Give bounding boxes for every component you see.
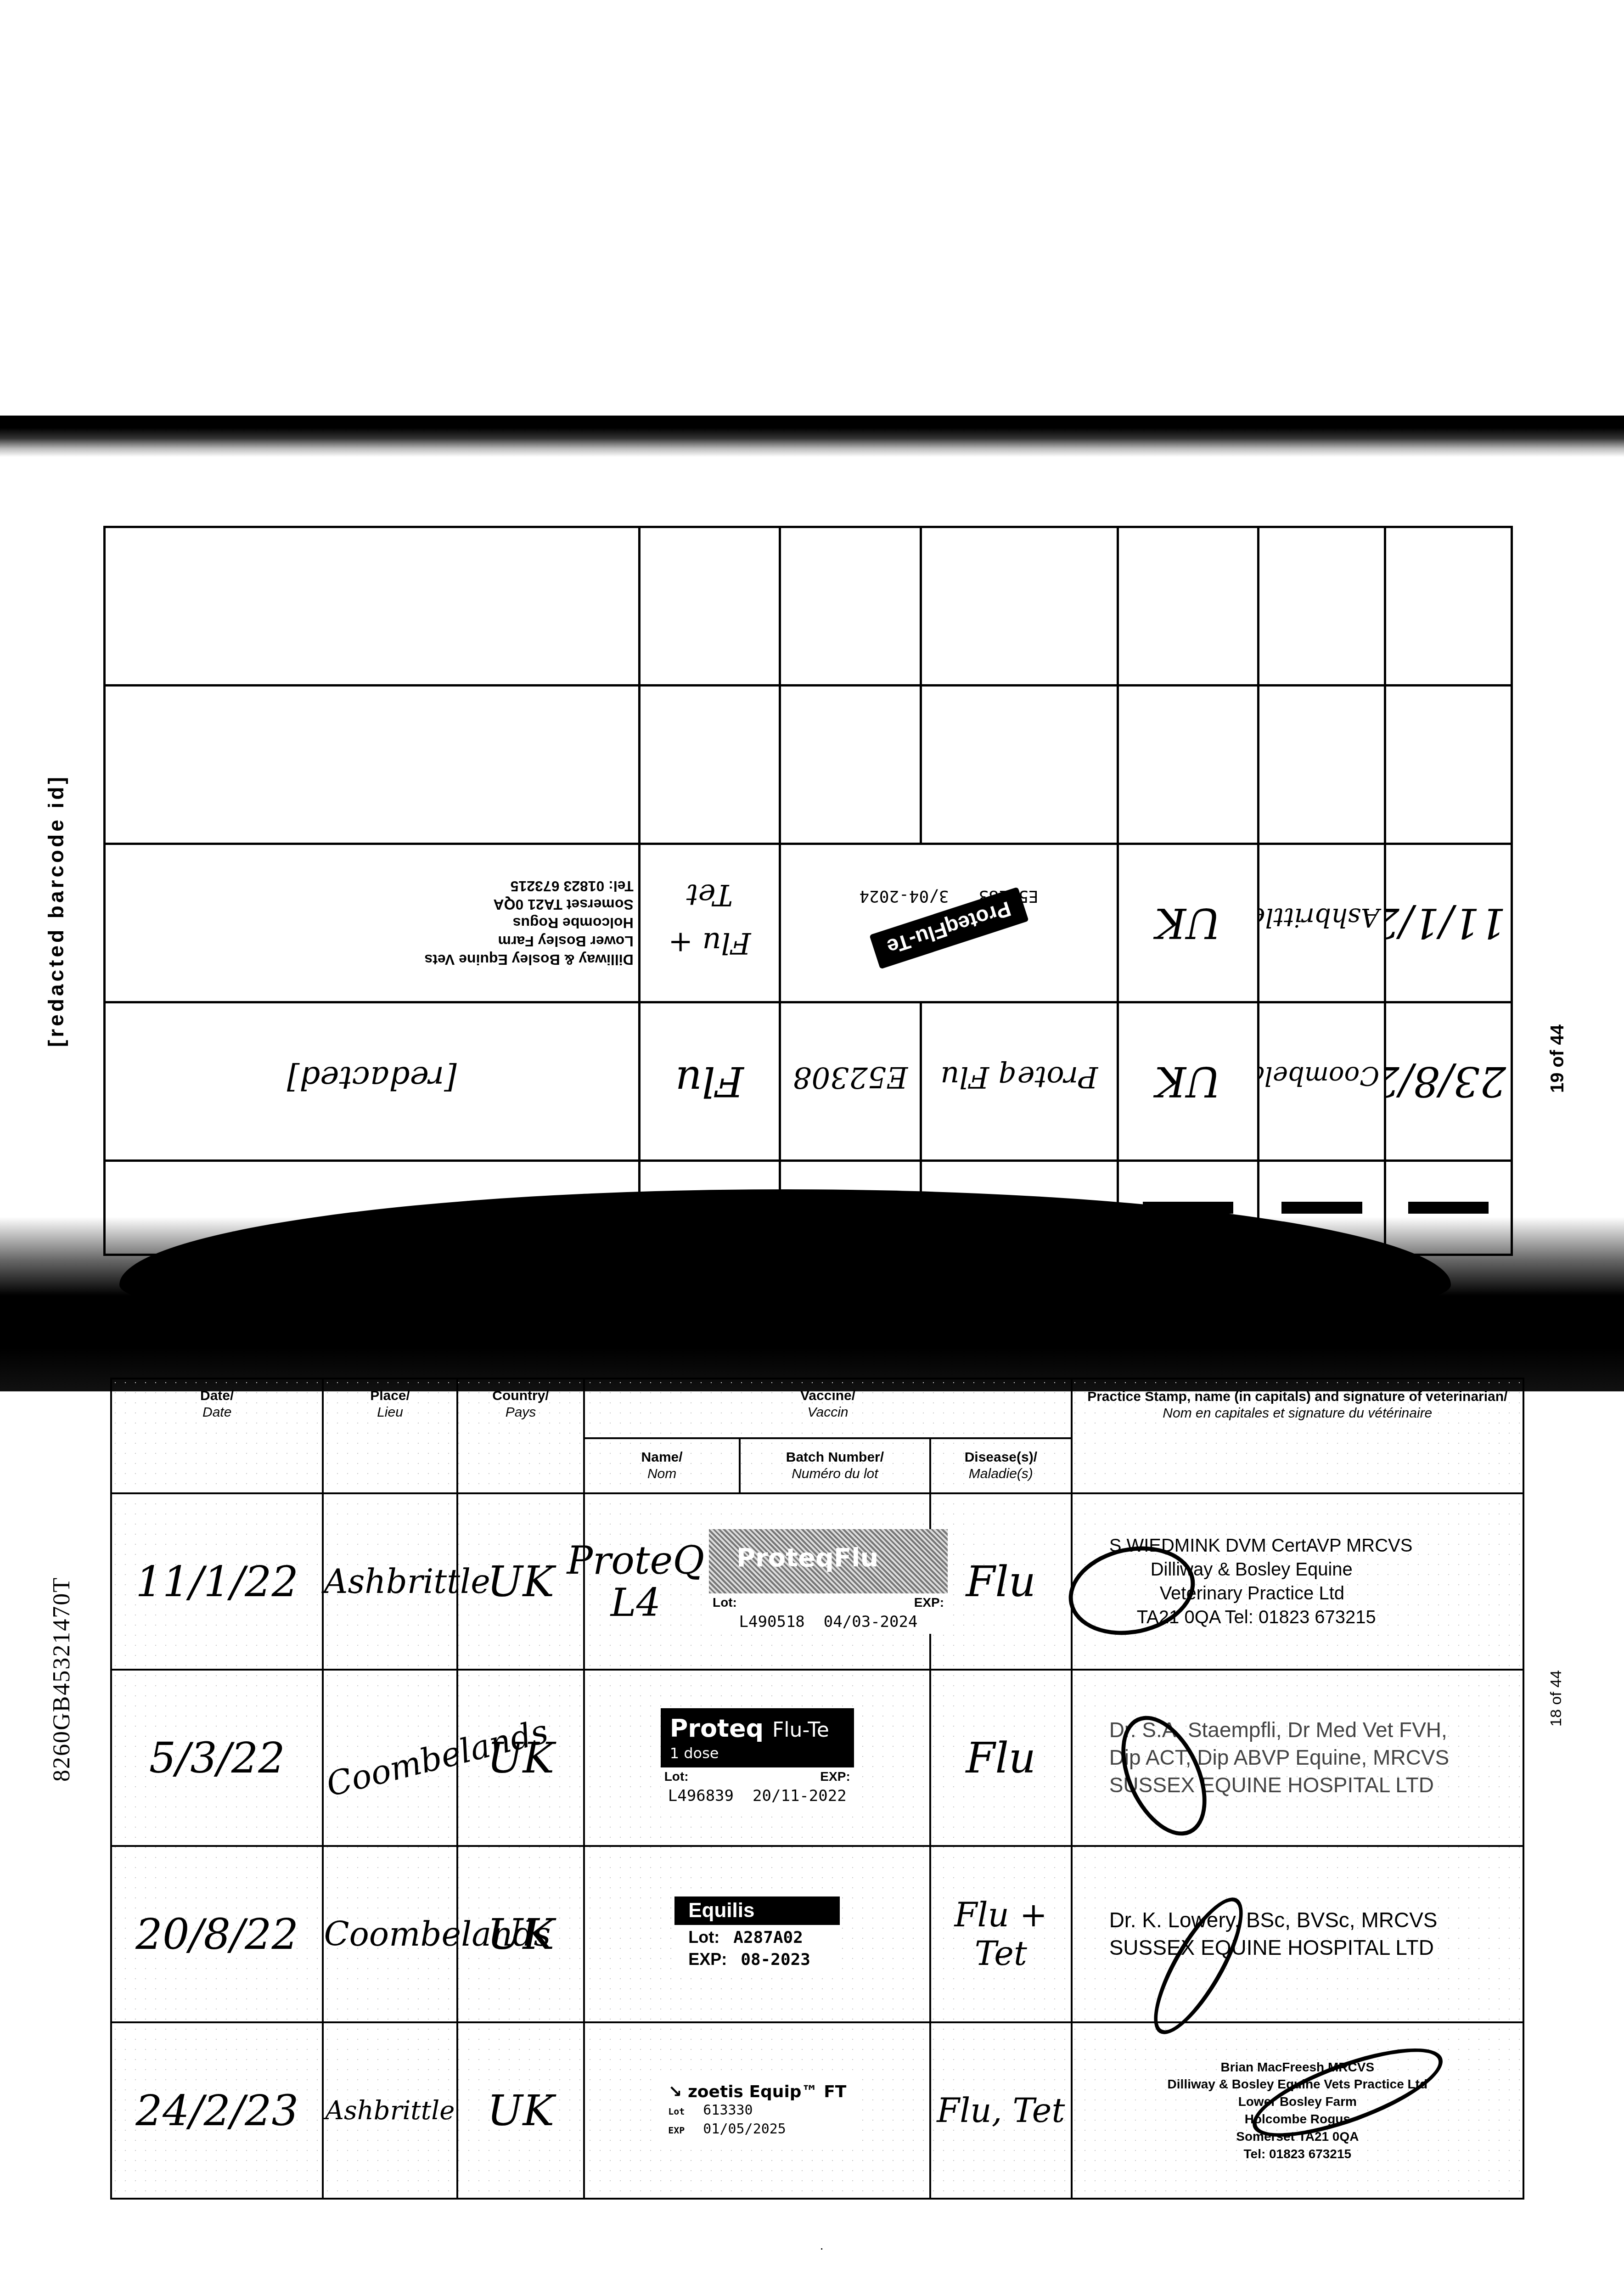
inverted-date: 11/1/24 (1385, 844, 1512, 1002)
inverted-disease: Flu (639, 1002, 780, 1161)
cell-practice: S WIEDMINK DVM CertAVP MRCVS Dilliway & … (1072, 1493, 1523, 1670)
practice-stamp: Brian MacFreesh MRCVS Dilliway & Bosley … (1073, 2059, 1523, 2163)
cell-practice: Dr. S.A. Staempfli, Dr Med Vet FVH, Dip … (1072, 1670, 1523, 1846)
label-brand-band: Proteq Flu-Te 1 dose (661, 1708, 854, 1767)
cell-date: 5/3/22 (111, 1670, 323, 1846)
table-row: 5/3/22 Coombelands UK Proteq Flu-Te 1 do… (111, 1670, 1523, 1846)
header-date: Date/Date (111, 1379, 323, 1493)
inverted-place: Ashbrittle (1259, 844, 1385, 1002)
vaccine-sticker-equilis: Equilis Lot:A287A02 EXP:08-2023 (674, 1896, 840, 1972)
header-practice: Practice Stamp, name (in capitals) and s… (1072, 1379, 1523, 1493)
practice-stamp: S WIEDMINK DVM CertAVP MRCVS Dilliway & … (1073, 1534, 1523, 1629)
inverted-country: UK (1118, 844, 1259, 1002)
cell-country: UK (457, 2022, 584, 2199)
inverted-row-empty (105, 686, 1512, 844)
inverted-place: Coombelands (1259, 1002, 1385, 1161)
top-page-side-id: [redacted barcode id] (44, 774, 68, 1047)
inverted-practice: Dilliway & Bosley Equine Vets Lower Bosl… (105, 844, 640, 1002)
inverted-country: UK (1118, 1002, 1259, 1161)
vaccination-table: Date/Date Place/Lieu Country/Pays Vaccin… (110, 1378, 1524, 2200)
header-batch-number: Batch Number/Numéro du lot (740, 1438, 930, 1493)
cell-vaccine-label: ProteQ L4 ProteqFlu Lot:EXP: L490518 04/… (584, 1493, 930, 1670)
cell-vaccine-label: Equilis Lot:A287A02 EXP:08-2023 (584, 1846, 930, 2022)
cell-practice: Brian MacFreesh MRCVS Dilliway & Bosley … (1072, 2022, 1523, 2199)
inverted-row-1: 11/1/24 Ashbrittle UK ProteqFlu-Te E5228… (105, 844, 1512, 1002)
cell-place: Ashbrittle (323, 1493, 457, 1670)
inverted-vaccination-table: 23/8/23 Coombelands UK Proteq Flu E52308… (103, 526, 1513, 1256)
scan-speck: · (820, 2241, 824, 2256)
table-row: 11/1/22 Ashbrittle UK ProteQ L4 ProteqFl… (111, 1493, 1523, 1670)
table-row: 24/2/23 Ashbrittle UK ↘ zoetis Equip™ FT… (111, 2022, 1523, 2199)
cell-disease: Flu (930, 1493, 1072, 1670)
inverted-vaccination-page: 23/8/23 Coombelands UK Proteq Flu E52308… (103, 535, 1513, 1256)
cell-place: Coombelands (323, 1670, 457, 1846)
page-number: 18 of 44 (1547, 1670, 1565, 1727)
inverted-batch: E52308 (780, 1002, 921, 1161)
cell-disease: Flu (930, 1670, 1072, 1846)
inverted-practice-stamp: Dilliway & Bosley Equine Vets Lower Bosl… (110, 877, 634, 969)
scan-dark-band (0, 1217, 1624, 1391)
cell-disease: Flu, Tet (930, 2022, 1072, 2199)
handwritten-vaccine-name: ProteQ L4 (567, 1539, 704, 1624)
practice-stamp: Dr. K. Lowery, BSc, BVSc, MRCVS SUSSEX E… (1073, 1907, 1523, 1962)
vaccine-sticker-proteq-flu-te: Proteq Flu-Te 1 dose Lot:EXP: L496839 20… (661, 1708, 854, 1808)
cell-date: 11/1/22 (111, 1493, 323, 1670)
cell-practice: Dr. K. Lowery, BSc, BVSc, MRCVS SUSSEX E… (1072, 1846, 1523, 2022)
inverted-row-2: 23/8/23 Coombelands UK Proteq Flu E52308… (105, 1002, 1512, 1161)
inverted-vaccine-label: ProteqFlu-Te E52283 3/04-2024 (780, 844, 1118, 1002)
cell-date: 24/2/23 (111, 2022, 323, 2199)
inverted-label-lot: E52283 3/04-2024 (786, 887, 1112, 906)
vaccination-record-page: Date/Date Place/Lieu Country/Pays Vaccin… (110, 1378, 1524, 2195)
header-vaccine: Vaccine/Vaccin (584, 1379, 1071, 1438)
header-disease: Disease(s)/Maladie(s) (930, 1438, 1072, 1493)
header-row: Date/Date Place/Lieu Country/Pays Vaccin… (111, 1379, 1523, 1438)
passport-side-id: 8260GB45321470T (48, 1577, 75, 1782)
cell-disease: Flu + Tet (930, 1846, 1072, 2022)
header-country: Country/Pays (457, 1379, 584, 1493)
top-page-number: 19 of 44 (1547, 1024, 1568, 1093)
cell-place: Coombelands (323, 1846, 457, 2022)
inverted-row-empty (105, 527, 1512, 686)
vaccine-sticker-proteqflu: ProteqFlu Lot:EXP: L490518 04/03-2024 (709, 1529, 948, 1634)
inverted-practice: [redacted] (105, 1002, 640, 1161)
cell-vaccine-label: ↘ zoetis Equip™ FT Lot613330 EXP01/05/20… (584, 2022, 930, 2199)
vaccine-sticker-zoetis-equip: ↘ zoetis Equip™ FT Lot613330 EXP01/05/20… (659, 2078, 855, 2143)
table-row: 20/8/22 Coombelands UK Equilis Lot:A287A… (111, 1846, 1523, 2022)
header-vaccine-name: Name/Nom (584, 1438, 739, 1493)
header-place: Place/Lieu (323, 1379, 457, 1493)
cell-date: 20/8/22 (111, 1846, 323, 2022)
inverted-date: 23/8/23 (1385, 1002, 1512, 1161)
cell-place: Ashbrittle (323, 2022, 457, 2199)
practice-stamp: Dr. S.A. Staempfli, Dr Med Vet FVH, Dip … (1073, 1716, 1523, 1799)
inverted-disease: Flu + Tet (639, 844, 780, 1002)
cell-vaccine-label: Proteq Flu-Te 1 dose Lot:EXP: L496839 20… (584, 1670, 930, 1846)
arrow-icon: ↘ (668, 2082, 682, 2101)
faded-brand-band: ProteqFlu (709, 1529, 948, 1593)
scan-edge-shadow (0, 416, 1624, 457)
inverted-vaccine-name: Proteq Flu (921, 1002, 1118, 1161)
